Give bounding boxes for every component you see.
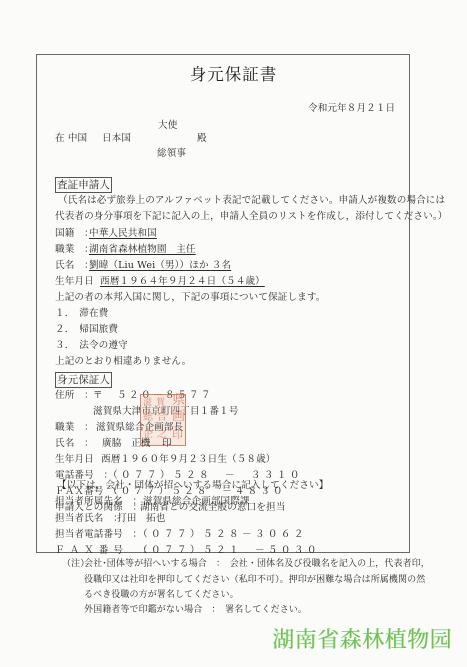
guarantor-occupation-label: 職業 ： xyxy=(55,422,94,434)
applicant-instruction-2: 代表者の身分事項を下記に記入の上，申請人全員のリストを作成し，添付してください。… xyxy=(55,211,447,223)
org-fax: （０７７）５２１ －５０３０ xyxy=(138,545,320,557)
applicant-section-label: 査証申請人 xyxy=(55,177,112,193)
guarantor-name-label: 氏名 ： xyxy=(55,438,94,450)
stamp-char: 賀 xyxy=(156,397,165,409)
guarantee-item-1: １． 滞在費 xyxy=(55,308,108,320)
guarantee-closing: 上記のとおり相違ありません。 xyxy=(55,356,191,368)
guarantee-item-2: ２． 帰国旅費 xyxy=(55,324,118,336)
applicant-name: 劉暐（Liu Wei（男））ほか ３名 xyxy=(89,260,231,272)
org-note: 【以下は，会社・団体が招へいする場合に記入してください】 xyxy=(57,480,328,492)
guarantee-item-3: ３． 法令の遵守 xyxy=(55,340,128,352)
footnote-line-2: 役職印又は社印を押印してください（私印不可）。押印が困難な場合は所属機関の然 xyxy=(84,574,425,586)
addressee-consul: 総領事 xyxy=(157,148,186,160)
addressee-honorific: 殿 xyxy=(197,133,207,145)
applicant-nationality: 中華人民共和国 xyxy=(89,228,157,240)
applicant-occupation-label: 職業 ： xyxy=(55,244,94,256)
stamp-char: 滋 xyxy=(143,397,152,409)
applicant-name-label: 氏名 ： xyxy=(55,260,94,272)
org-dept: 滋賀県総合企画部国際課 xyxy=(143,496,250,508)
addressee-country: 日本国 xyxy=(102,133,131,145)
org-dept-label: 担当者所属先名 ： xyxy=(55,496,142,508)
guarantee-intro: 上記の者の本邦入国に関し，下記の事項について保証します。 xyxy=(55,292,325,304)
guarantor-address-label: 住所 ： xyxy=(55,390,94,402)
applicant-birth: 西暦１９６４年９月２４日（５４歳） xyxy=(100,276,265,288)
guarantor-name: 廣脇 正機 xyxy=(102,438,150,450)
org-phone-label: 担当者電話番号 ： xyxy=(55,529,142,541)
document-title: 身元保証書 xyxy=(0,61,467,85)
watermark-text: 湖南省森林植物园 xyxy=(272,627,452,655)
addressee-ambassador: 大使 xyxy=(158,120,177,132)
footnote-line-1: 会社･団体等が招へいする場合 ： 会社・団体名及び役職名を記入の上，代表者印， xyxy=(84,558,430,570)
addressee-prefix: 在 中国 xyxy=(55,133,87,145)
applicant-nationality-label: 国籍 ： xyxy=(55,228,94,240)
guarantor-seal-mark: 印 xyxy=(162,438,172,450)
applicant-instruction-1: （氏名は必ず旅券上のアルファベット表記で記載してください。申請人が複数の場合には xyxy=(58,195,445,207)
footnote-line-4: 外国籍者等で印鑑がない場合 ： 署名してください。 xyxy=(84,604,307,616)
applicant-occupation: 湖南省森林植物園 主任 xyxy=(89,244,196,256)
guarantor-occupation: 滋賀県総合企画部長 xyxy=(96,422,183,434)
document-date: 令和元年８月２１日 xyxy=(308,103,395,115)
org-person-label: 担当者氏名 ： xyxy=(55,513,123,525)
footnote-line-3: るべき役職の方が署名してください。 xyxy=(84,589,239,601)
guarantor-birth: 西暦１９６０年９月２３日生（５８歳） xyxy=(101,454,276,466)
stamp-char: 県 xyxy=(172,395,185,407)
org-phone: （０７７）５２８－３０６２ xyxy=(138,529,307,541)
guarantor-section-label: 身元保証人 xyxy=(55,372,112,388)
org-person: 打田 拓也 xyxy=(117,513,165,525)
